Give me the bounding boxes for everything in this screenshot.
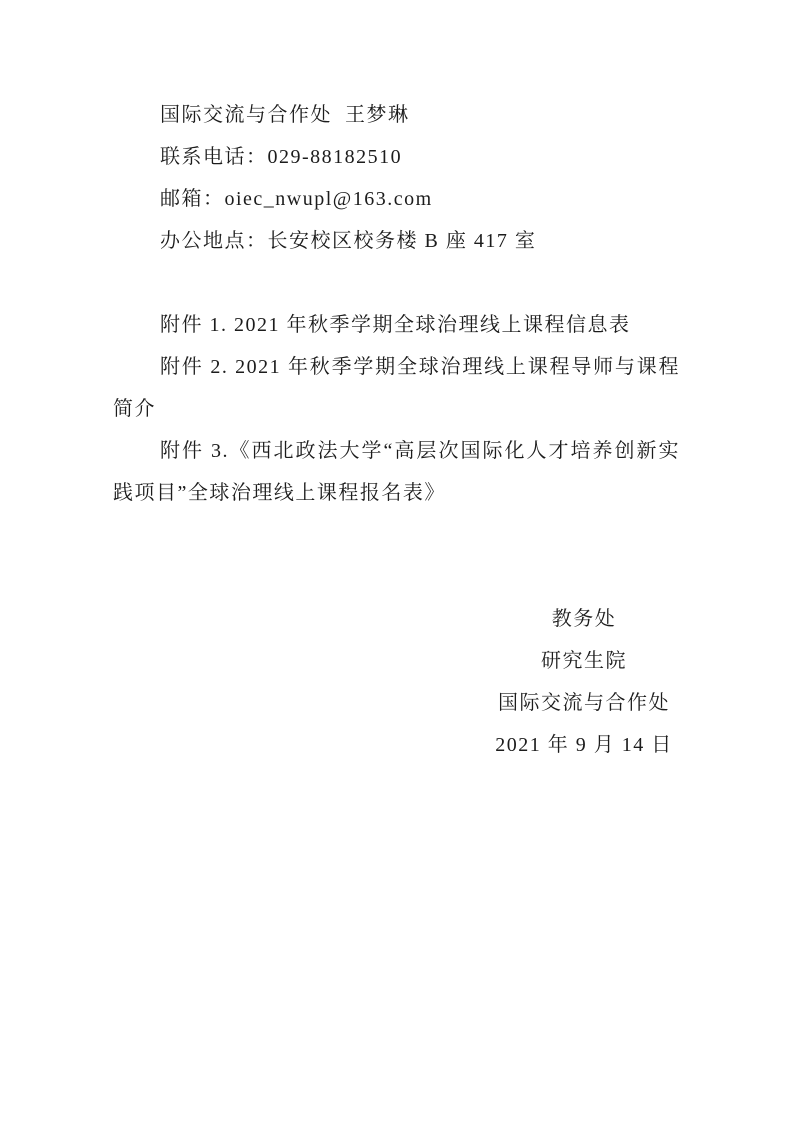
blank-line [113, 556, 680, 598]
attachment-item-3-line-1: 附件 3.《西北政法大学“高层次国际化人才培养创新实 [113, 430, 680, 472]
attachment-item-2-line-1: 附件 2. 2021 年秋季学期全球治理线上课程导师与课程 [113, 346, 680, 388]
signature-org-academic-affairs: 教务处 [488, 598, 680, 640]
signature-org-graduate-school: 研究生院 [488, 640, 680, 682]
attachment-item-3-line-2: 践项目”全球治理线上课程报名表》 [113, 472, 680, 514]
attachment-item-2-line-2: 简介 [113, 388, 680, 430]
contact-name-line: 国际交流与合作处 王梦琳 [113, 94, 680, 136]
contact-phone-line: 联系电话：029-88182510 [113, 136, 680, 178]
signature-date: 2021 年 9 月 14 日 [488, 724, 680, 766]
contact-office-line: 办公地点：长安校区校务楼 B 座 417 室 [113, 220, 680, 262]
signature-org-international-office: 国际交流与合作处 [488, 682, 680, 724]
blank-line [113, 514, 680, 556]
attachment-item-1: 附件 1. 2021 年秋季学期全球治理线上课程信息表 [113, 304, 680, 346]
contact-email-line: 邮箱：oiec_nwupl@163.com [113, 178, 680, 220]
document-page: 国际交流与合作处 王梦琳 联系电话：029-88182510 邮箱：oiec_n… [0, 0, 793, 1122]
blank-line [113, 262, 680, 304]
signature-block: 教务处 研究生院 国际交流与合作处 2021 年 9 月 14 日 [488, 598, 680, 766]
